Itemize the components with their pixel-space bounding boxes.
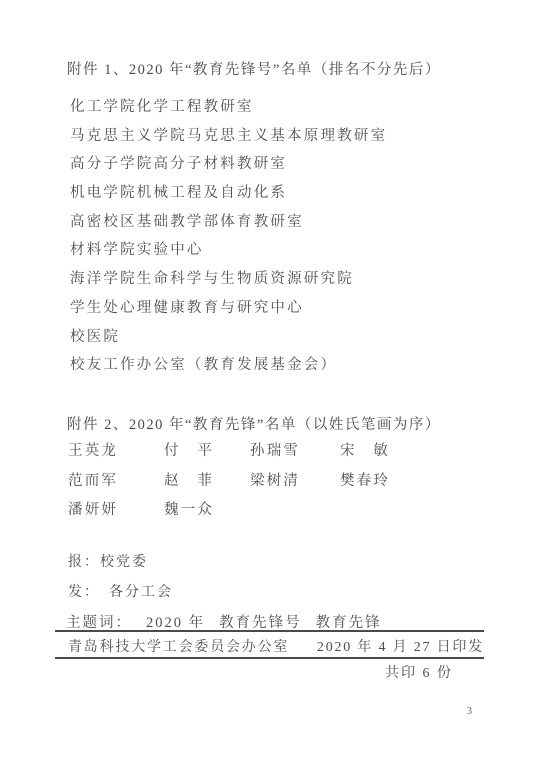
subject-term: 教育先锋 (316, 611, 382, 632)
list-item: 校医院 (70, 323, 387, 352)
attachment1-org-list: 化工学院化学工程教研室 马克思主义学院马克思主义基本原理教研室 高分子学院高分子… (70, 93, 387, 380)
print-date: 2020 年 4 月 27 日印发 (317, 636, 484, 656)
list-item: 海洋学院生命科学与生物质资源研究院 (70, 265, 387, 294)
subject-label: 主题词： (66, 611, 132, 632)
list-item: 材料学院实验中心 (70, 236, 387, 265)
list-item: 马克思主义学院马克思主义基本原理教研室 (70, 122, 387, 151)
name-cell: 潘妍妍 (68, 496, 164, 526)
name-cell: 魏一众 (164, 496, 250, 526)
report-to-line: 报：校党委 (68, 551, 148, 571)
name-cell: 付 平 (164, 437, 250, 467)
attachment2-title: 附件 2、2020 年“教育先锋”名单（以姓氏笔画为序） (67, 413, 441, 434)
issuer-row: 青岛科技大学工会委员会办公室 2020 年 4 月 27 日印发 (68, 636, 484, 656)
list-item: 高密校区基础教学部体育教研室 (70, 208, 387, 237)
list-item: 化工学院化学工程教研室 (70, 93, 387, 122)
name-cell: 孙瑞雪 (250, 437, 340, 467)
list-item: 学生处心理健康教育与研究中心 (70, 294, 387, 323)
page-number: 3 (467, 706, 472, 717)
name-cell: 樊春玲 (340, 467, 390, 497)
list-item: 机电学院机械工程及自动化系 (70, 179, 387, 208)
horizontal-rule (55, 657, 484, 659)
name-cell (340, 496, 390, 526)
document-page: 附件 1、2020 年“教育先锋号”名单（排名不分先后） 化工学院化学工程教研室… (0, 0, 543, 768)
attachment1-title: 附件 1、2020 年“教育先锋号”名单（排名不分先后） (67, 58, 441, 79)
name-cell (250, 496, 340, 526)
name-cell: 宋 敏 (340, 437, 390, 467)
subject-term: 教育先锋号 (219, 611, 302, 632)
copies-count: 共印 6 份 (385, 662, 453, 682)
subject-term: 2020 年 (146, 611, 205, 632)
list-item: 高分子学院高分子材料教研室 (70, 150, 387, 179)
name-cell: 梁树清 (250, 467, 340, 497)
distribute-to-line: 发： 各分工会 (68, 581, 173, 601)
subject-keywords-row: 主题词： 2020 年 教育先锋号 教育先锋 (66, 611, 382, 632)
issuer-office: 青岛科技大学工会委员会办公室 (68, 636, 289, 656)
horizontal-rule (55, 630, 484, 632)
name-cell: 范而军 (68, 467, 164, 497)
list-item: 校友工作办公室（教育发展基金会） (70, 351, 387, 380)
attachment2-name-grid: 王英龙 付 平 孙瑞雪 宋 敏 范而军 赵 菲 梁树清 樊春玲 潘妍妍 魏一众 (68, 437, 390, 526)
name-cell: 王英龙 (68, 437, 164, 467)
name-cell: 赵 菲 (164, 467, 250, 497)
